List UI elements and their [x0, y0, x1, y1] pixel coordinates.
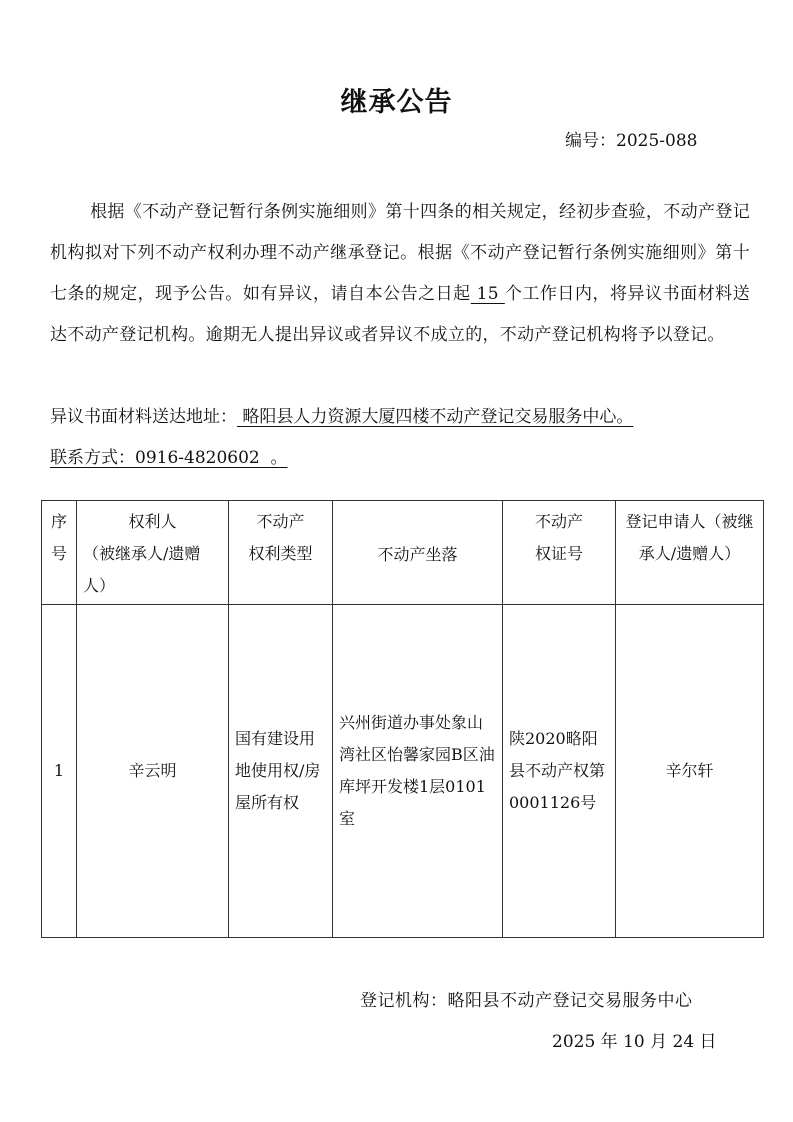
header-index: 序 号 — [42, 501, 77, 605]
document-number: 编号：2025-088 — [565, 126, 697, 151]
cell-index: 1 — [42, 605, 77, 938]
header-rights-holder-line3: 人） — [83, 570, 222, 602]
objection-address: 异议书面材料送达地址： 略阳县人力资源大厦四楼不动产登记交易服务中心。 — [50, 402, 633, 427]
document-number-value: 2025-088 — [616, 131, 697, 151]
contact-label: 联系方式： — [50, 448, 135, 468]
cell-applicant: 辛尔轩 — [616, 605, 764, 938]
cell-right-type: 国有建设用地使用权/房屋所有权 — [229, 605, 333, 938]
header-certificate: 不动产 权证号 — [503, 501, 616, 605]
contact-value: 0916-4820602 。 — [135, 448, 288, 468]
header-certificate-line1: 不动产 — [509, 506, 609, 538]
header-rights-holder: 权利人 （被继承人/遗赠 人） — [77, 501, 229, 605]
header-location-text: 不动产坐落 — [339, 539, 496, 571]
registration-organization: 登记机构：略阳县不动产登记交易服务中心 — [360, 986, 693, 1011]
table-row: 1 辛云明 国有建设用地使用权/房屋所有权 兴州街道办事处象山湾社区怡馨家园B区… — [42, 605, 764, 938]
header-right-type: 不动产 权利类型 — [229, 501, 333, 605]
contact-info: 联系方式：0916-4820602 。 — [50, 443, 288, 468]
header-rights-holder-line2: （被继承人/遗赠 — [83, 538, 222, 570]
inheritance-table: 序 号 权利人 （被继承人/遗赠 人） 不动产 权利类型 不动产坐落 不动产 权… — [41, 500, 764, 938]
header-applicant-line1: 登记申请人（被继 — [622, 506, 757, 538]
cell-certificate-no: 陕2020略阳县不动产权第0001126号 — [503, 605, 616, 938]
announcement-date: 2025 年 10 月 24 日 — [552, 1027, 717, 1052]
document-number-label: 编号： — [565, 131, 616, 151]
header-certificate-line2: 权证号 — [509, 538, 609, 570]
cell-location: 兴州街道办事处象山湾社区怡馨家园B区油库坪开发楼1层0101室 — [333, 605, 503, 938]
cell-rights-holder: 辛云明 — [77, 605, 229, 938]
document-title: 继承公告 — [0, 80, 793, 119]
address-value: 略阳县人力资源大厦四楼不动产登记交易服务中心。 — [237, 407, 633, 427]
header-applicant-line2: 承人/遗赠人） — [622, 538, 757, 570]
header-right-type-line2: 权利类型 — [235, 538, 326, 570]
objection-days: 15 — [471, 284, 505, 304]
address-label: 异议书面材料送达地址： — [50, 407, 237, 427]
announcement-paragraph: 根据《不动产登记暂行条例实施细则》第十四条的相关规定，经初步查验，不动产登记机构… — [50, 192, 750, 356]
header-location: 不动产坐落 — [333, 501, 503, 605]
header-rights-holder-line1: 权利人 — [83, 506, 222, 538]
header-applicant: 登记申请人（被继 承人/遗赠人） — [616, 501, 764, 605]
table-header-row: 序 号 权利人 （被继承人/遗赠 人） 不动产 权利类型 不动产坐落 不动产 权… — [42, 501, 764, 605]
header-right-type-line1: 不动产 — [235, 506, 326, 538]
